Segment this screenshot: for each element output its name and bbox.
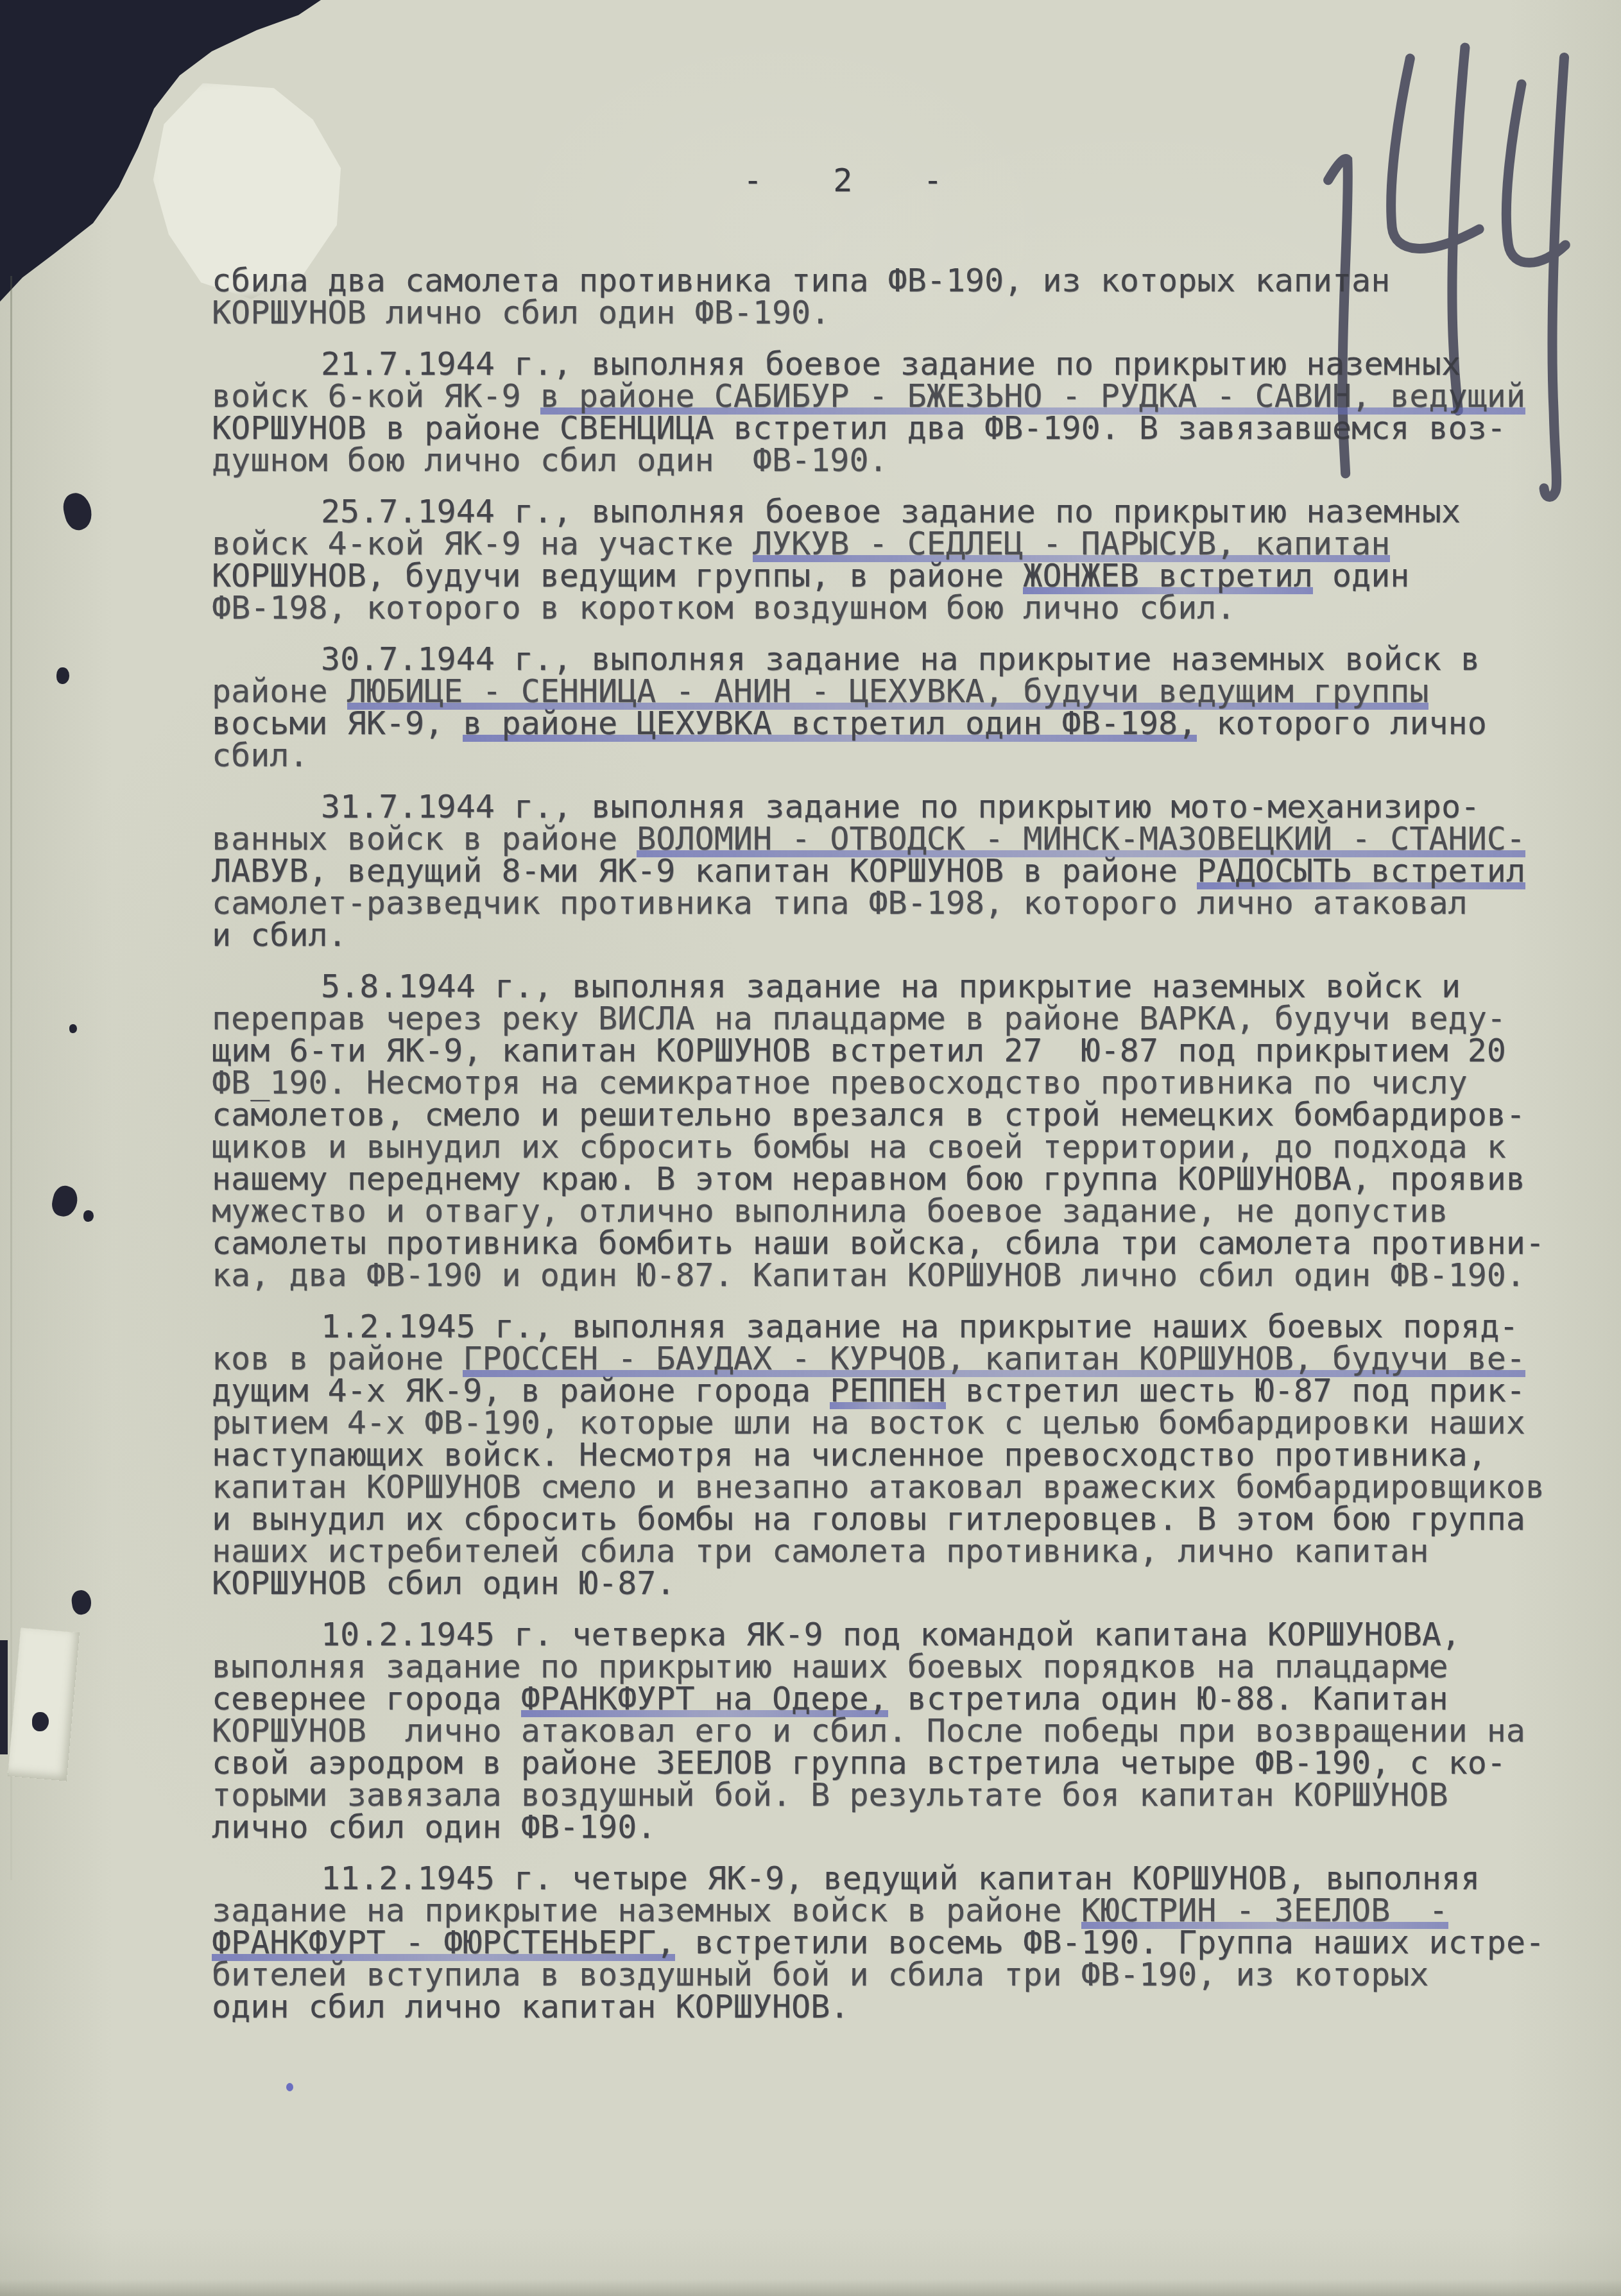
- text-line: ка, два ФВ-190 и один Ю-87. Капитан КОРШ…: [212, 1259, 1598, 1291]
- paper-crease: [10, 276, 12, 1880]
- text-segment: КОРШУНОВ лично сбил один ФВ-190.: [212, 294, 830, 331]
- text-segment: лично сбил один ФВ-190.: [212, 1808, 656, 1846]
- text-line: ФВ-198, которого в коротком воздушном бо…: [212, 592, 1598, 624]
- text-segment: ванных войск в районе: [212, 820, 637, 857]
- text-line: дущим 4-х ЯК-9, в районе города РЕППЕН в…: [212, 1375, 1598, 1407]
- torn-edge-shadow: [0, 1640, 8, 1754]
- text-line: ФВ_190. Несмотря на семикратное превосхо…: [212, 1067, 1598, 1099]
- paragraph: сбила два самолета противника типа ФВ-19…: [212, 264, 1598, 329]
- underlined-text: ВОЛОМИН - ОТВОДСК - МИНСК-МАЗОВЕЦКИЙ - С…: [637, 820, 1525, 857]
- ink-speck: [286, 2083, 293, 2091]
- text-line: 30.7.1944 г., выполняя задание на прикры…: [212, 643, 1598, 675]
- text-segment: которого лично: [1197, 705, 1487, 742]
- text-line: бителей вступила в воздушный бой и сбила…: [212, 1958, 1598, 1991]
- text-line: самолетов, смело и решительно врезался в…: [212, 1099, 1598, 1131]
- paper-speck: [83, 1210, 94, 1222]
- underlined-text: ЛУКУВ - СЕДЛЕЦ - ПАРЫСУВ, капитан: [753, 525, 1390, 562]
- text-line: районе ЛЮБИЦЕ - СЕННИЦА - АНИН - ЦЕХУВКА…: [212, 675, 1598, 707]
- text-segment: рытием 4-х ФВ-190, которые шли на восток…: [212, 1404, 1525, 1441]
- text-line: выполняя задание по прикрытию наших боев…: [212, 1650, 1598, 1683]
- text-segment: ФВ-198, которого в коротком воздушном бо…: [212, 589, 1235, 626]
- text-segment: выполняя задание по прикрытию наших боев…: [212, 1648, 1448, 1685]
- text-segment: наших истребителей сбила три самолета пр…: [212, 1532, 1428, 1570]
- scanned-page: - 2 - 144 сбила два самолета противника …: [0, 0, 1621, 2296]
- paragraph: 21.7.1944 г., выполняя боевое задание по…: [212, 348, 1598, 476]
- text-segment: один сбил лично капитан КОРШУНОВ.: [212, 1988, 849, 2025]
- text-line: и вынудил их сбросить бомбы на головы ги…: [212, 1503, 1598, 1535]
- text-segment: один: [1313, 557, 1410, 594]
- text-line: и сбил.: [212, 919, 1598, 951]
- paragraph: 25.7.1944 г., выполняя боевое задание по…: [212, 495, 1598, 624]
- text-line: свой аэродром в районе ЗЕЕЛОВ группа вст…: [212, 1747, 1598, 1779]
- text-segment: войск 4-кой ЯК-9 на участке: [212, 525, 753, 562]
- text-segment: войск 6-кой ЯК-9: [212, 377, 540, 415]
- underlined-text: в районе ЦЕХУВКА встретил один ФВ-198,: [463, 705, 1197, 742]
- text-segment: бителей вступила в воздушный бой и сбила…: [212, 1956, 1428, 1993]
- paper-hole: [49, 1184, 80, 1219]
- underlined-text: КЮСТРИН - ЗЕЕЛОВ -: [1081, 1892, 1448, 1929]
- text-segment: районе: [212, 673, 347, 710]
- text-line: 10.2.1945 г. четверка ЯК-9 под командой …: [212, 1618, 1598, 1650]
- text-segment: сбил.: [212, 737, 309, 774]
- paragraph: 31.7.1944 г., выполняя задание по прикры…: [212, 791, 1598, 951]
- text-line: душном бою лично сбил один ФВ-190.: [212, 444, 1598, 476]
- text-line: лично сбил один ФВ-190.: [212, 1811, 1598, 1843]
- text-segment: капитан КОРШУНОВ смело и внезапно атаков…: [212, 1468, 1545, 1505]
- text-segment: ФВ_190. Несмотря на семикратное превосхо…: [212, 1064, 1468, 1101]
- text-line: 1.2.1945 г., выполняя задание на прикрыт…: [212, 1310, 1598, 1342]
- paragraph: 11.2.1945 г. четыре ЯК-9, ведущий капита…: [212, 1862, 1598, 2023]
- underlined-text: ГРОССЕН - БАУДАХ - КУРЧОВ, капитан КОРШУ…: [463, 1340, 1525, 1377]
- page-number: - 2 -: [743, 164, 968, 196]
- text-segment: ка, два ФВ-190 и один Ю-87. Капитан КОРШ…: [212, 1256, 1525, 1294]
- underlined-text: в районе САБИБУР - БЖЕЗЬНО - РУДКА - САВ…: [540, 377, 1525, 415]
- text-line: 11.2.1945 г. четыре ЯК-9, ведущий капита…: [212, 1862, 1598, 1894]
- text-line: сбил.: [212, 739, 1598, 771]
- text-segment: мужество и отвагу, отлично выполнила бое…: [212, 1192, 1448, 1229]
- text-line: КОРШУНОВ сбил один Ю-87.: [212, 1567, 1598, 1599]
- text-segment: торыми завязала воздушный бой. В результ…: [212, 1776, 1448, 1813]
- paragraph: 10.2.1945 г. четверка ЯК-9 под командой …: [212, 1618, 1598, 1843]
- text-line: нашему переднему краю. В этом неравном б…: [212, 1163, 1598, 1195]
- text-line: мужество и отвагу, отлично выполнила бое…: [212, 1195, 1598, 1227]
- text-line: восьми ЯК-9, в районе ЦЕХУВКА встретил о…: [212, 707, 1598, 739]
- paper-speck: [69, 1024, 77, 1033]
- paragraph: 30.7.1944 г., выполняя задание на прикры…: [212, 643, 1598, 771]
- torn-edge-patch: [8, 1627, 80, 1781]
- text-line: 31.7.1944 г., выполняя задание по прикры…: [212, 791, 1598, 823]
- text-line: севернее города ФРАНКФУРТ на Одере, встр…: [212, 1683, 1598, 1715]
- text-line: один сбил лично капитан КОРШУНОВ.: [212, 1991, 1598, 2023]
- text-line: щиков и вынудил их сбросить бомбы на сво…: [212, 1131, 1598, 1163]
- text-line: ФРАНКФУРТ - ФЮРСТЕНЬЕРГ, встретили восем…: [212, 1926, 1598, 1958]
- text-line: задание на прикрытие наземных войск в ра…: [212, 1894, 1598, 1926]
- text-segment: ков в районе: [212, 1340, 463, 1377]
- underlined-text: ЛЮБИЦЕ - СЕННИЦА - АНИН - ЦЕХУВКА, будуч…: [347, 673, 1429, 710]
- paper-hole: [56, 667, 69, 684]
- text-segment: самолет-разведчик противника типа ФВ-198…: [212, 884, 1468, 921]
- text-segment: задание на прикрытие наземных войск в ра…: [212, 1892, 1081, 1929]
- text-segment: КОРШУНОВ лично атаковал его и сбил. Посл…: [212, 1712, 1525, 1749]
- paper-hole: [60, 490, 96, 533]
- text-line: капитан КОРШУНОВ смело и внезапно атаков…: [212, 1471, 1598, 1503]
- document-body: сбила два самолета противника типа ФВ-19…: [212, 264, 1598, 2023]
- text-line: КОРШУНОВ в районе СВЕНЦИЦА встретил два …: [212, 412, 1598, 444]
- text-segment: душном бою лично сбил один ФВ-190.: [212, 441, 888, 479]
- text-line: КОРШУНОВ лично сбил один ФВ-190.: [212, 296, 1598, 329]
- text-line: наших истребителей сбила три самолета пр…: [212, 1535, 1598, 1567]
- paper-hole: [71, 1589, 93, 1616]
- text-segment: переправ через реку ВИСЛА на плацдарме в…: [212, 1000, 1506, 1037]
- text-line: ков в районе ГРОССЕН - БАУДАХ - КУРЧОВ, …: [212, 1342, 1598, 1375]
- text-line: войск 4-кой ЯК-9 на участке ЛУКУВ - СЕДЛ…: [212, 527, 1598, 560]
- text-line: войск 6-кой ЯК-9 в районе САБИБУР - БЖЕЗ…: [212, 380, 1598, 412]
- text-line: 5.8.1944 г., выполняя задание на прикрыт…: [212, 970, 1598, 1002]
- text-line: наступающих войск. Несмотря на численное…: [212, 1439, 1598, 1471]
- text-segment: щиков и вынудил их сбросить бомбы на сво…: [212, 1128, 1506, 1165]
- paragraph: 5.8.1944 г., выполняя задание на прикрыт…: [212, 970, 1598, 1291]
- text-line: самолеты противника бомбить наши войска,…: [212, 1227, 1598, 1259]
- text-line: КОРШУНОВ, будучи ведущим группы, в район…: [212, 560, 1598, 592]
- text-line: рытием 4-х ФВ-190, которые шли на восток…: [212, 1407, 1598, 1439]
- text-line: ванных войск в районе ВОЛОМИН - ОТВОДСК …: [212, 823, 1598, 855]
- text-segment: и сбил.: [212, 916, 347, 954]
- text-line: ЛАВУВ, ведущий 8-ми ЯК-9 капитан КОРШУНО…: [212, 855, 1598, 887]
- text-line: щим 6-ти ЯК-9, капитан КОРШУНОВ встретил…: [212, 1034, 1598, 1067]
- paragraph: 1.2.1945 г., выполняя задание на прикрыт…: [212, 1310, 1598, 1599]
- text-line: 21.7.1944 г., выполняя боевое задание по…: [212, 348, 1598, 380]
- bottom-edge-shadow: [0, 2279, 1621, 2296]
- text-line: сбила два самолета противника типа ФВ-19…: [212, 264, 1598, 296]
- text-line: КОРШУНОВ лично атаковал его и сбил. Посл…: [212, 1715, 1598, 1747]
- text-line: 25.7.1944 г., выполняя боевое задание по…: [212, 495, 1598, 527]
- text-line: самолет-разведчик противника типа ФВ-198…: [212, 887, 1598, 919]
- text-segment: КОРШУНОВ сбил один Ю-87.: [212, 1564, 675, 1602]
- text-line: торыми завязала воздушный бой. В результ…: [212, 1779, 1598, 1811]
- text-line: переправ через реку ВИСЛА на плацдарме в…: [212, 1002, 1598, 1034]
